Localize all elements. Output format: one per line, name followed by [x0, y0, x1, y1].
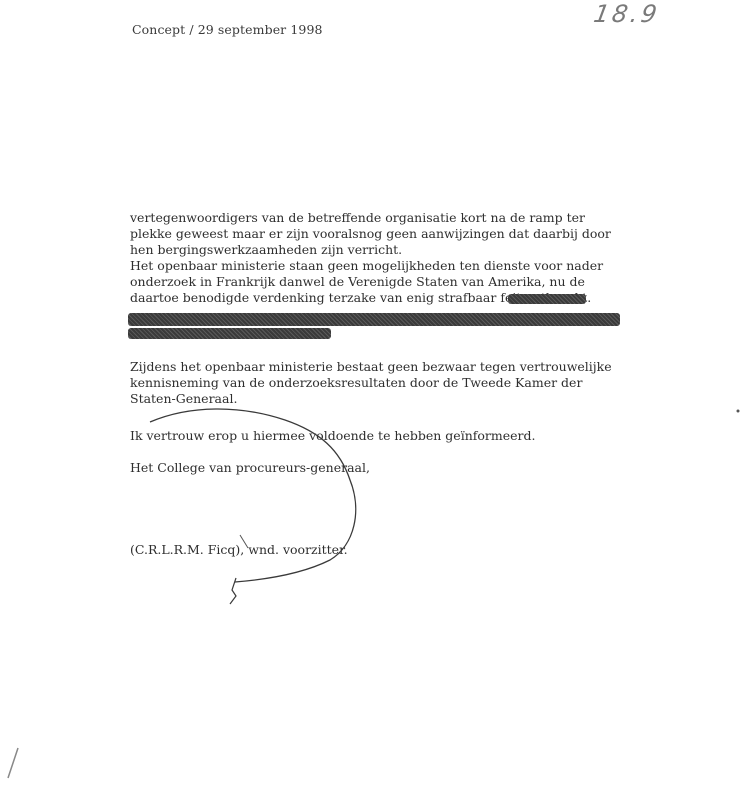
document-header: Concept / 29 september 1998 — [132, 22, 323, 37]
paragraph-confidential-review: Zijdens het openbaar ministerie bestaat … — [130, 359, 630, 407]
redaction-block — [128, 328, 331, 339]
handwritten-page-number: 18.9 — [592, 0, 662, 28]
redaction-block — [128, 313, 620, 326]
closing-sentence: Ik vertrouw erop u hiermee voldoende te … — [130, 428, 630, 444]
signatory-name: (C.R.L.R.M. Ficq), wnd. voorzitter. — [130, 542, 630, 558]
sender-organization: Het College van procureurs-generaal, — [130, 460, 630, 476]
redaction-block — [508, 294, 586, 304]
paragraph-recovery-info: vertegenwoordigers van de betreffende or… — [130, 210, 630, 258]
